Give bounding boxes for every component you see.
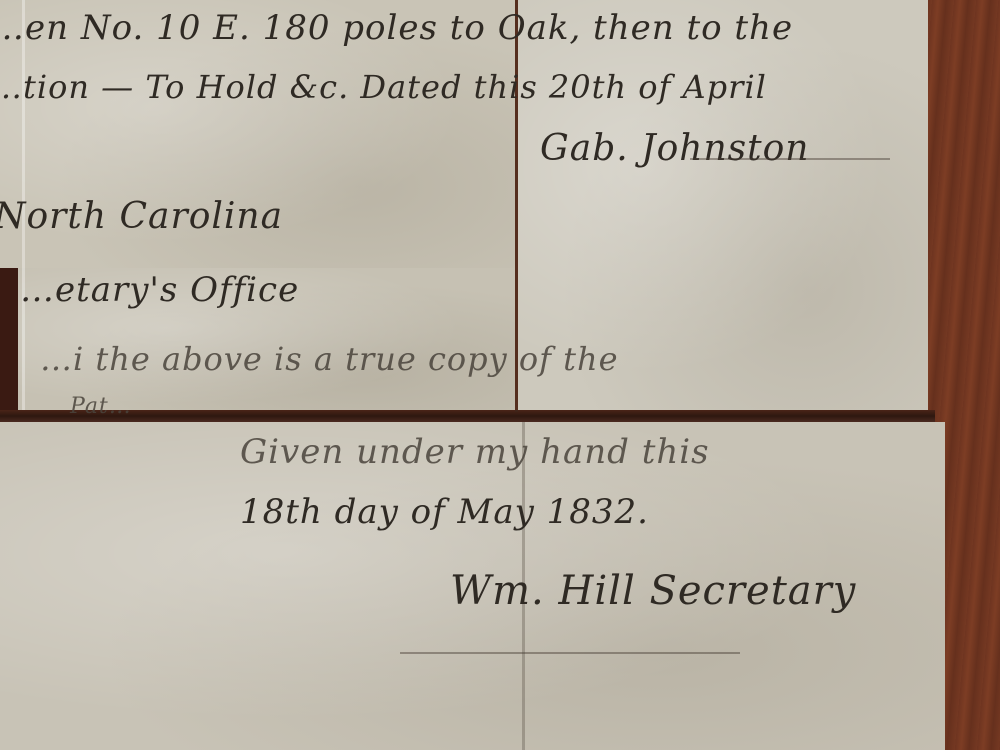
flourish-line (400, 652, 740, 654)
handwritten-office: …etary's Office (20, 270, 299, 310)
horizontal-tear (0, 410, 935, 422)
signature-wm-hill: Wm. Hill Secretary (450, 568, 856, 614)
handwritten-true-copy: …i the above is a true copy of the (40, 340, 619, 378)
handwritten-line-2: …tion — To Hold &c. Dated this 20th of A… (0, 68, 767, 106)
handwritten-pat: Pat… (70, 394, 132, 419)
handwritten-given-under: Given under my hand this (240, 432, 710, 472)
signature-underline (690, 158, 890, 160)
handwritten-line-1: …en No. 10 E. 180 poles to Oak, then to … (0, 8, 793, 48)
handwritten-north-carolina: North Carolina (0, 196, 283, 237)
handwritten-date-1832: 18th day of May 1832. (240, 492, 649, 532)
signature-gab-johnston: Gab. Johnston (540, 128, 809, 169)
